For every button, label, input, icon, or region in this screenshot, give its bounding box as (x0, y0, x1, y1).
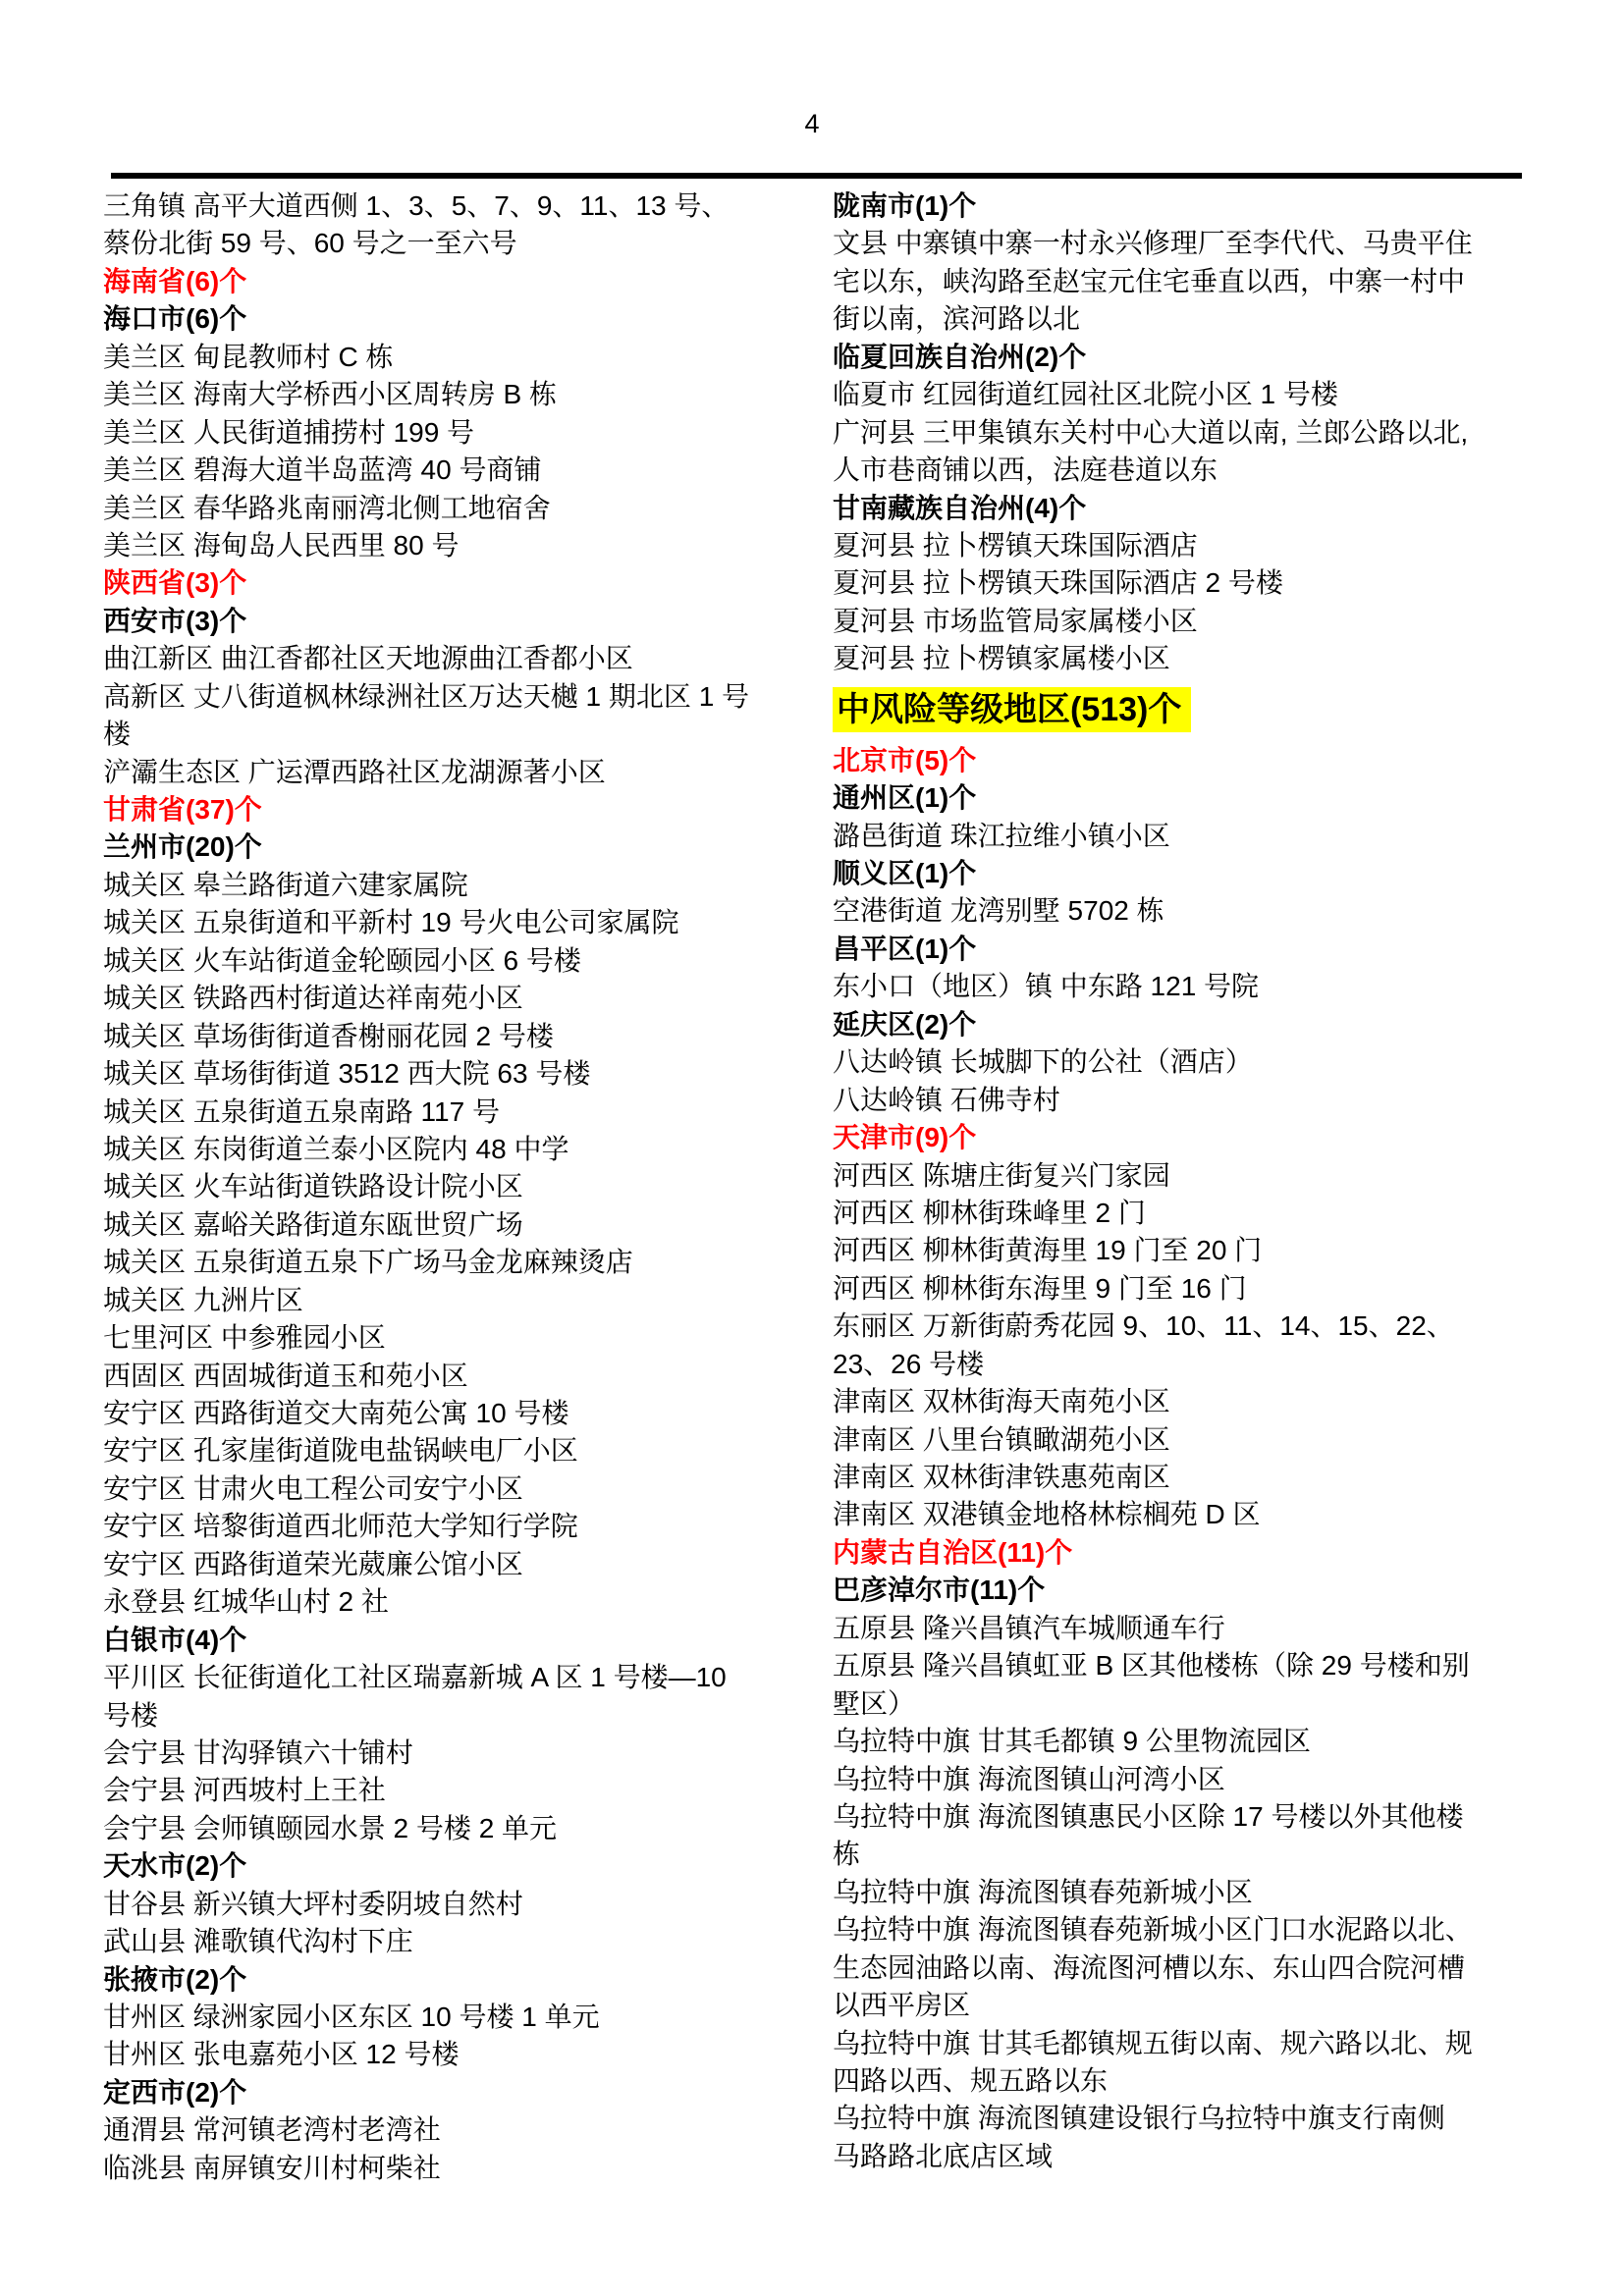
city-heading: 兰州市(20)个 (103, 828, 802, 866)
city-heading: 巴彦淖尔市(11)个 (833, 1572, 1536, 1609)
address-line: 夏河县 拉卜楞镇家属楼小区 (833, 640, 1536, 677)
city-heading: 张掖市(2)个 (103, 1961, 802, 1999)
address-line: 安宁区 培黎街道西北师范大学知行学院 (103, 1508, 802, 1545)
address-line: 城关区 火车站街道铁路设计院小区 (103, 1168, 802, 1205)
address-line: 城关区 草场街街道 3512 西大院 63 号楼 (103, 1055, 802, 1093)
address-line: 广河县 三甲集镇东关村中心大道以南, 兰郎公路以北, (833, 414, 1536, 452)
address-line: 23、26 号楼 (833, 1346, 1536, 1383)
address-line: 五原县 隆兴昌镇虹亚 B 区其他楼栋（除 29 号楼和别 (833, 1647, 1536, 1684)
address-line: 乌拉特中旗 甘其毛都镇规五街以南、规六路以北、规 (833, 2025, 1536, 2062)
city-heading: 临夏回族自治州(2)个 (833, 339, 1536, 376)
address-line: 生态园油路以南、海流图河槽以东、东山四合院河槽 (833, 1949, 1536, 1987)
address-line: 津南区 双林街津铁惠苑南区 (833, 1459, 1536, 1496)
province-heading: 内蒙古自治区(11)个 (833, 1534, 1536, 1572)
city-heading: 甘南藏族自治州(4)个 (833, 490, 1536, 527)
address-line: 甘谷县 新兴镇大坪村委阴坡自然村 (103, 1886, 802, 1923)
address-line: 号楼 (103, 1697, 802, 1735)
address-line: 蔡份北街 59 号、60 号之一至六号 (103, 225, 802, 262)
address-line: 西固区 西固城街道玉和苑小区 (103, 1358, 802, 1395)
address-line: 安宁区 孔家崖街道陇电盐锅峡电厂小区 (103, 1432, 802, 1469)
address-line: 城关区 皋兰路街道六建家属院 (103, 867, 802, 904)
address-line: 马路路北底店区域 (833, 2138, 1536, 2175)
province-heading: 北京市(5)个 (833, 742, 1536, 779)
province-heading: 陕西省(3)个 (103, 564, 802, 602)
left-column: 三角镇 高平大道西侧 1、3、5、7、9、11、13 号、蔡份北街 59 号、6… (103, 187, 802, 2187)
address-line: 城关区 铁路西村街道达祥南苑小区 (103, 980, 802, 1017)
city-heading: 顺义区(1)个 (833, 855, 1536, 892)
address-line: 美兰区 碧海大道半岛蓝湾 40 号商铺 (103, 452, 802, 489)
address-line: 城关区 嘉峪关路街道东瓯世贸广场 (103, 1206, 802, 1244)
address-line: 平川区 长征街道化工社区瑞嘉新城 A 区 1 号楼—10 (103, 1659, 802, 1696)
address-line: 津南区 八里台镇瞰湖苑小区 (833, 1421, 1536, 1459)
address-line: 河西区 柳林街黄海里 19 门至 20 门 (833, 1232, 1536, 1269)
address-line: 乌拉特中旗 海流图镇山河湾小区 (833, 1761, 1536, 1798)
province-heading: 甘肃省(37)个 (103, 791, 802, 828)
city-heading: 西安市(3)个 (103, 603, 802, 640)
address-line: 美兰区 海南大学桥西小区周转房 B 栋 (103, 376, 802, 413)
city-heading: 通州区(1)个 (833, 779, 1536, 817)
header-rule (111, 173, 1522, 179)
city-heading: 延庆区(2)个 (833, 1006, 1536, 1043)
address-line: 东小口（地区）镇 中东路 121 号院 (833, 968, 1536, 1005)
address-line: 七里河区 中参雅园小区 (103, 1319, 802, 1357)
address-line: 河西区 陈塘庄街复兴门家园 (833, 1157, 1536, 1195)
city-heading: 陇南市(1)个 (833, 187, 1536, 225)
address-line: 高新区 丈八街道枫林绿洲社区万达天樾 1 期北区 1 号 (103, 678, 802, 716)
right-column: 陇南市(1)个文县 中寨镇中寨一村永兴修理厂至李代代、马贵平住宅以东，峡沟路至赵… (833, 187, 1536, 2175)
address-line: 空港街道 龙湾别墅 5702 栋 (833, 892, 1536, 930)
address-line: 夏河县 市场监管局家属楼小区 (833, 603, 1536, 640)
address-line: 城关区 五泉街道五泉下广场马金龙麻辣烫店 (103, 1244, 802, 1281)
address-line: 街以南，滨河路以北 (833, 300, 1536, 338)
city-heading: 天水市(2)个 (103, 1847, 802, 1885)
address-line: 夏河县 拉卜楞镇天珠国际酒店 2 号楼 (833, 564, 1536, 602)
address-line: 美兰区 海甸岛人民西里 80 号 (103, 527, 802, 564)
address-line: 以西平房区 (833, 1987, 1536, 2024)
address-line: 栋 (833, 1836, 1536, 1873)
city-heading: 定西市(2)个 (103, 2074, 802, 2111)
address-line: 文县 中寨镇中寨一村永兴修理厂至李代代、马贵平住 (833, 225, 1536, 262)
address-line: 城关区 火车站街道金轮颐园小区 6 号楼 (103, 942, 802, 980)
address-line: 安宁区 西路街道交大南苑公寓 10 号楼 (103, 1395, 802, 1432)
address-line: 楼 (103, 716, 802, 753)
address-line: 甘州区 绿洲家园小区东区 10 号楼 1 单元 (103, 1999, 802, 2036)
risk-level-heading: 中风险等级地区(513)个 (833, 678, 1536, 742)
address-line: 曲江新区 曲江香都社区天地源曲江香都小区 (103, 640, 802, 677)
city-heading: 海口市(6)个 (103, 300, 802, 338)
address-line: 城关区 五泉街道和平新村 19 号火电公司家属院 (103, 904, 802, 941)
address-line: 河西区 柳林街东海里 9 门至 16 门 (833, 1270, 1536, 1308)
address-line: 四路以西、规五路以东 (833, 2062, 1536, 2100)
address-line: 五原县 隆兴昌镇汽车城顺通车行 (833, 1610, 1536, 1647)
address-line: 河西区 柳林街珠峰里 2 门 (833, 1195, 1536, 1232)
highlight-text: 中风险等级地区(513)个 (833, 687, 1191, 732)
address-line: 浐灞生态区 广运潭西路社区龙湖源著小区 (103, 754, 802, 791)
address-line: 乌拉特中旗 海流图镇春苑新城小区 (833, 1874, 1536, 1911)
address-line: 美兰区 甸昆教师村 C 栋 (103, 339, 802, 376)
address-line: 武山县 滩歌镇代沟村下庄 (103, 1923, 802, 1960)
address-line: 津南区 双林街海天南苑小区 (833, 1383, 1536, 1420)
address-line: 城关区 东岗街道兰泰小区院内 48 中学 (103, 1131, 802, 1168)
address-line: 三角镇 高平大道西侧 1、3、5、7、9、11、13 号、 (103, 187, 802, 225)
province-heading: 海南省(6)个 (103, 263, 802, 300)
city-heading: 昌平区(1)个 (833, 931, 1536, 968)
province-heading: 天津市(9)个 (833, 1119, 1536, 1156)
address-line: 安宁区 西路街道荣光葳廉公馆小区 (103, 1546, 802, 1583)
address-line: 乌拉特中旗 海流图镇春苑新城小区门口水泥路以北、 (833, 1911, 1536, 1949)
address-line: 宅以东，峡沟路至赵宝元住宅垂直以西，中寨一村中 (833, 263, 1536, 300)
address-line: 美兰区 春华路兆南丽湾北侧工地宿舍 (103, 490, 802, 527)
address-line: 永登县 红城华山村 2 社 (103, 1583, 802, 1621)
address-line: 会宁县 河西坡村上王社 (103, 1772, 802, 1809)
address-line: 乌拉特中旗 海流图镇惠民小区除 17 号楼以外其他楼 (833, 1798, 1536, 1836)
address-line: 乌拉特中旗 海流图镇建设银行乌拉特中旗支行南侧 (833, 2100, 1536, 2137)
address-line: 人市巷商铺以西，法庭巷道以东 (833, 452, 1536, 489)
address-line: 墅区） (833, 1685, 1536, 1723)
address-line: 城关区 五泉街道五泉南路 117 号 (103, 1094, 802, 1131)
address-line: 安宁区 甘肃火电工程公司安宁小区 (103, 1470, 802, 1508)
page-number: 4 (0, 108, 1624, 139)
address-line: 八达岭镇 石佛寺村 (833, 1082, 1536, 1119)
address-line: 临洮县 南屏镇安川村柯柴社 (103, 2150, 802, 2187)
document-page: 4 三角镇 高平大道西侧 1、3、5、7、9、11、13 号、蔡份北街 59 号… (0, 0, 1624, 2296)
address-line: 津南区 双港镇金地格林棕榈苑 D 区 (833, 1496, 1536, 1533)
city-heading: 白银市(4)个 (103, 1622, 802, 1659)
address-line: 潞邑街道 珠江拉维小镇小区 (833, 818, 1536, 855)
address-line: 城关区 九洲片区 (103, 1282, 802, 1319)
address-line: 甘州区 张电嘉苑小区 12 号楼 (103, 2036, 802, 2073)
address-line: 乌拉特中旗 甘其毛都镇 9 公里物流园区 (833, 1723, 1536, 1760)
address-line: 八达岭镇 长城脚下的公社（酒店） (833, 1043, 1536, 1081)
address-line: 城关区 草场街街道香榭丽花园 2 号楼 (103, 1018, 802, 1055)
address-line: 夏河县 拉卜楞镇天珠国际酒店 (833, 527, 1536, 564)
address-line: 会宁县 会师镇颐园水景 2 号楼 2 单元 (103, 1810, 802, 1847)
address-line: 会宁县 甘沟驿镇六十铺村 (103, 1735, 802, 1772)
address-line: 临夏市 红园街道红园社区北院小区 1 号楼 (833, 376, 1536, 413)
address-line: 东丽区 万新街蔚秀花园 9、10、11、14、15、22、 (833, 1308, 1536, 1345)
address-line: 通渭县 常河镇老湾村老湾社 (103, 2111, 802, 2149)
address-line: 美兰区 人民街道捕捞村 199 号 (103, 414, 802, 452)
